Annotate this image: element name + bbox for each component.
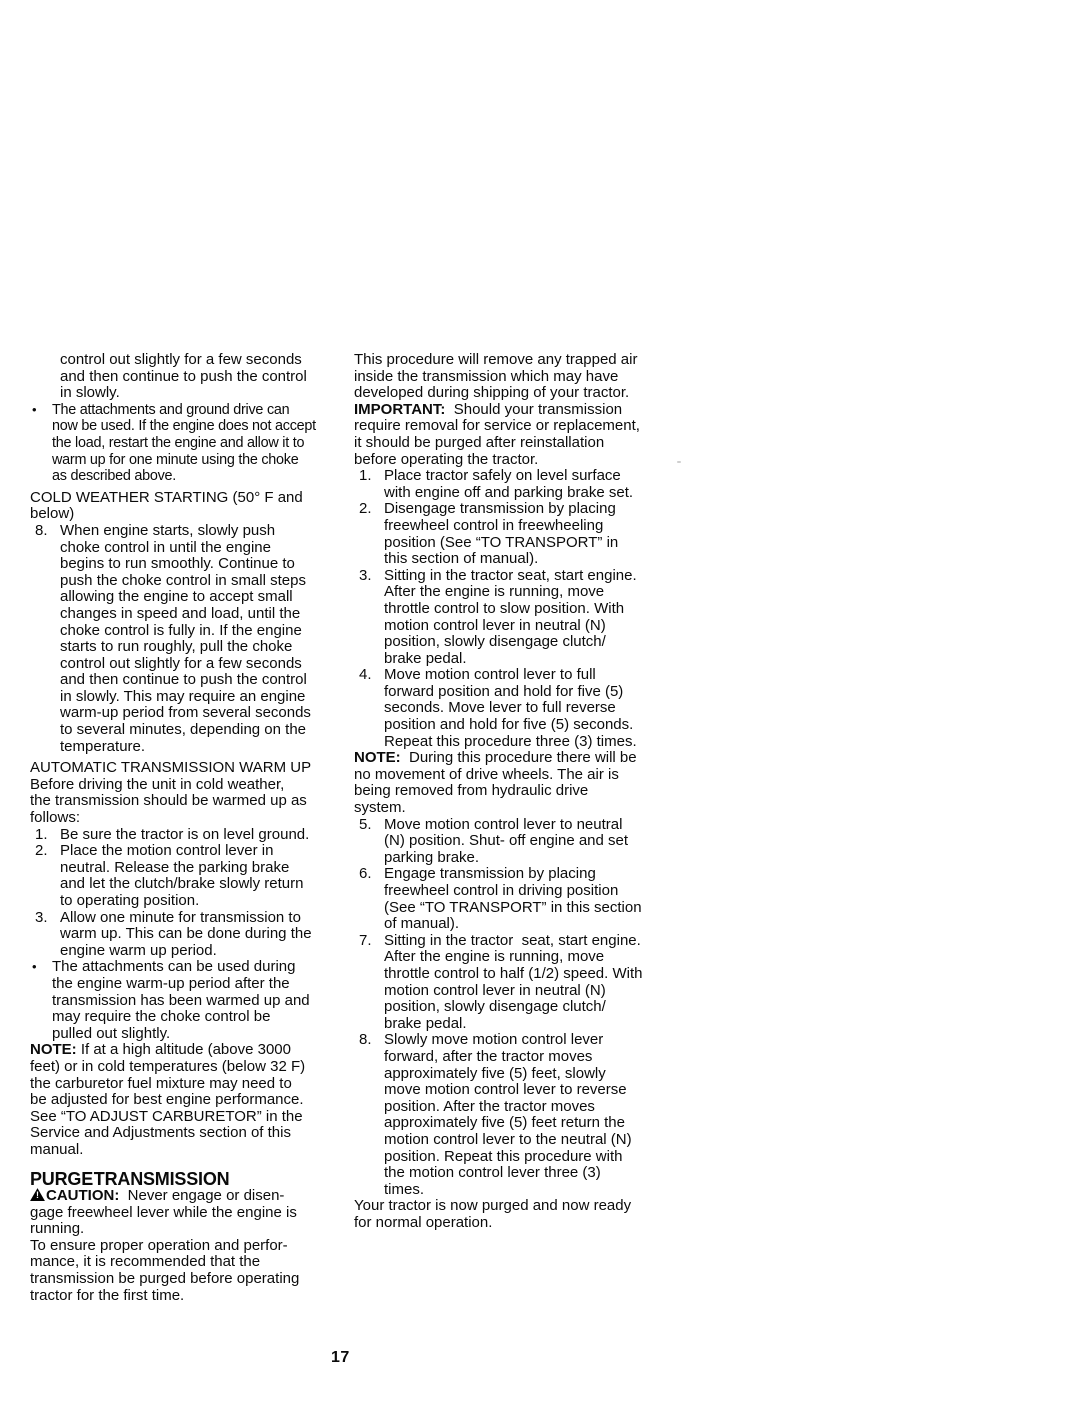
bullet-marker: •	[32, 402, 36, 419]
item-number: 1.	[359, 468, 372, 485]
text-line: motion control lever to the neutral (N)	[384, 1132, 676, 1149]
text-line-rest: During this procedure there will be	[401, 749, 637, 766]
numbered-block: 2.Place the motion control lever inneutr…	[30, 843, 346, 909]
text-line: Place tractor safely on level surface	[384, 468, 676, 485]
text-line: manual.	[30, 1142, 346, 1159]
text-line: begins to run smoothly. Continue to	[60, 556, 346, 573]
text-line: The attachments and ground drive can	[52, 402, 346, 419]
text-line: !CAUTION: Never engage or disen-	[30, 1188, 346, 1205]
text-line: tractor for the first time.	[30, 1288, 346, 1305]
text-line: running.	[30, 1221, 346, 1238]
text-line: starts to run roughly, pull the choke	[60, 639, 346, 656]
bold-lead: IMPORTANT:	[354, 401, 445, 418]
text-line: engine warm up period.	[60, 943, 346, 960]
item-number: 3.	[35, 910, 48, 927]
text-line: and then continue to push the control	[60, 672, 346, 689]
item-number: 4.	[359, 667, 372, 684]
text-line: When engine starts, slowly push	[60, 523, 346, 540]
text-line: choke control is fully in. If the engine	[60, 623, 346, 640]
text-line: Allow one minute for transmission to	[60, 910, 346, 927]
manual-page: control out slightly for a few secondsan…	[0, 0, 1080, 1402]
text-line: be adjusted for best engine performance.	[30, 1092, 346, 1109]
text-line-rest: Never engage or disen-	[119, 1187, 284, 1204]
text-line-rest: Should your transmission	[445, 401, 622, 418]
text-line: position and hold for five (5) seconds.	[384, 717, 676, 734]
item-number: 5.	[359, 817, 372, 834]
text-line: position (See “TO TRANSPORT” in	[384, 535, 676, 552]
text-line: motion control lever in neutral (N)	[384, 618, 676, 635]
text-line: warm up. This can be done during the	[60, 926, 346, 943]
item-number: 2.	[359, 501, 372, 518]
numbered-block: 1.Place tractor safely on level surfacew…	[354, 468, 676, 501]
text-line: Disengage transmission by placing	[384, 501, 676, 518]
text-line: brake pedal.	[384, 651, 676, 668]
text-line: Repeat this procedure three (3) times.	[384, 734, 676, 751]
bullet-marker: •	[32, 959, 37, 976]
para-block: This procedure will remove any trapped a…	[354, 352, 676, 402]
para-block: To ensure proper operation and perfor-ma…	[30, 1238, 346, 1304]
numbered-block: 3.Sitting in the tractor seat, start eng…	[354, 568, 676, 668]
text-line: in slowly.	[60, 385, 346, 402]
text-line: position, slowly disengage clutch/	[384, 634, 676, 651]
text-line: NOTE: If at a high altitude (above 3000	[30, 1042, 346, 1059]
text-line: seconds. Move lever to full reverse	[384, 700, 676, 717]
text-line: and then continue to push the control	[60, 369, 346, 386]
text-line: position, slowly disengage clutch/	[384, 999, 676, 1016]
text-line: the motion control lever three (3)	[384, 1165, 676, 1182]
text-line: To ensure proper operation and perfor-	[30, 1238, 346, 1255]
text-line: before operating the tractor.	[354, 452, 676, 469]
text-line: Move motion control lever to full	[384, 667, 676, 684]
numbered-block: 8.Slowly move motion control leverforwar…	[354, 1032, 676, 1198]
heading-bold-block: PURGE TRANSMISSION	[30, 1171, 346, 1188]
bold-lead: NOTE:	[354, 749, 401, 766]
text-line: brake pedal.	[384, 1016, 676, 1033]
item-number: 3.	[359, 568, 372, 585]
numbered-block: 8.When engine starts, slowly pushchoke c…	[30, 523, 346, 755]
text-line-rest: If at a high altitude (above 3000	[77, 1041, 291, 1058]
bold-lead: CAUTION:	[46, 1187, 119, 1204]
text-line: forward, after the tractor moves	[384, 1049, 676, 1066]
text-line: control out slightly for a few seconds	[60, 352, 346, 369]
text-line: transmission be purged before operating	[30, 1271, 346, 1288]
text-line: Be sure the tractor is on level ground.	[60, 827, 346, 844]
text-line: COLD WEATHER STARTING (50° F and	[30, 490, 346, 507]
text-line: of manual).	[384, 916, 676, 933]
text-line: no movement of drive wheels. The air is	[354, 767, 676, 784]
text-line: Service and Adjustments section of this	[30, 1125, 346, 1142]
warning-triangle-icon: !	[30, 1188, 45, 1201]
item-number: 6.	[359, 866, 372, 883]
text-line: AUTOMATIC TRANSMISSION WARM UP	[30, 760, 346, 777]
text-line: Engage transmission by placing	[384, 866, 676, 883]
text-line: warm-up period from several seconds	[60, 705, 346, 722]
page-number: 17	[331, 1349, 350, 1367]
text-line: system.	[354, 800, 676, 817]
heading-block: COLD WEATHER STARTING (50° F andbelow)	[30, 490, 346, 523]
text-line: warm up for one minute using the choke	[52, 452, 346, 469]
numbered-block: 3.Allow one minute for transmission towa…	[30, 910, 346, 960]
text-line: for normal operation.	[354, 1215, 676, 1232]
text-line: This procedure will remove any trapped a…	[354, 352, 676, 369]
scan-artifact	[677, 461, 681, 463]
text-line: developed during shipping of your tracto…	[354, 385, 676, 402]
text-line: mance, it is recommended that the	[30, 1254, 346, 1271]
text-line: position. After the tractor moves	[384, 1099, 676, 1116]
continuation-block: control out slightly for a few secondsan…	[30, 352, 346, 402]
text-line: inside the transmission which may have	[354, 369, 676, 386]
text-line: throttle control to half (1/2) speed. Wi…	[384, 966, 676, 983]
text-line: Move motion control lever to neutral	[384, 817, 676, 834]
para-block: NOTE: If at a high altitude (above 3000f…	[30, 1042, 346, 1158]
text-line: gage freewheel lever while the engine is	[30, 1205, 346, 1222]
text-line: transmission has been warmed up and	[52, 993, 346, 1010]
item-number: 1.	[35, 827, 48, 844]
text-line: NOTE: During this procedure there will b…	[354, 750, 676, 767]
item-number: 2.	[35, 843, 48, 860]
text-line: Sitting in the tractor seat, start engin…	[384, 568, 676, 585]
bold-lead: NOTE:	[30, 1041, 77, 1058]
text-line: with engine off and parking brake set.	[384, 485, 676, 502]
text-line: being removed from hydraulic drive	[354, 783, 676, 800]
text-line: it should be purged after reinstallation	[354, 435, 676, 452]
text-line: to operating position.	[60, 893, 346, 910]
text-line: follows:	[30, 810, 346, 827]
text-line: approximately five (5) feet return the	[384, 1115, 676, 1132]
text-line: to several minutes, depending on the	[60, 722, 346, 739]
item-number: 8.	[359, 1032, 372, 1049]
para-block: Your tractor is now purged and now ready…	[354, 1198, 676, 1231]
item-number: 8.	[35, 523, 48, 540]
para-block: Before driving the unit in cold weather,…	[30, 777, 346, 827]
text-line: the carburetor fuel mixture may need to	[30, 1076, 346, 1093]
text-line: Place the motion control lever in	[60, 843, 346, 860]
text-line: move motion control lever to reverse	[384, 1082, 676, 1099]
text-line: times.	[384, 1182, 676, 1199]
text-line: push the choke control in small steps	[60, 573, 346, 590]
text-line: (See “TO TRANSPORT” in this section	[384, 900, 676, 917]
heading-block: AUTOMATIC TRANSMISSION WARM UP	[30, 760, 346, 777]
text-line: After the engine is running, move	[384, 584, 676, 601]
numbered-block: 4.Move motion control lever to fullforwa…	[354, 667, 676, 750]
text-line: pulled out slightly.	[52, 1026, 346, 1043]
text-line: the load, restart the engine and allow i…	[52, 435, 346, 452]
para-block: !CAUTION: Never engage or disen-gage fre…	[30, 1188, 346, 1238]
text-line: freewheel control in freewheeling	[384, 518, 676, 535]
text-line: position. Repeat this procedure with	[384, 1149, 676, 1166]
text-line: in slowly. This may require an engine	[60, 689, 346, 706]
text-line: neutral. Release the parking brake	[60, 860, 346, 877]
right-column: This procedure will remove any trapped a…	[354, 352, 676, 1231]
text-line: parking brake.	[384, 850, 676, 867]
bullet-block: •The attachments and ground drive cannow…	[30, 402, 346, 485]
text-line: Before driving the unit in cold weather,	[30, 777, 346, 794]
para-block: NOTE: During this procedure there will b…	[354, 750, 676, 816]
numbered-block: 5.Move motion control lever to neutral(N…	[354, 817, 676, 867]
text-line: The attachments can be used during	[52, 959, 346, 976]
text-line: freewheel control in driving position	[384, 883, 676, 900]
numbered-block: 1.Be sure the tractor is on level ground…	[30, 827, 346, 844]
text-line: feet) or in cold temperatures (below 32 …	[30, 1059, 346, 1076]
text-line: See “TO ADJUST CARBURETOR” in the	[30, 1109, 346, 1126]
text-line: choke control in until the engine	[60, 540, 346, 557]
text-line: the engine warm-up period after the	[52, 976, 346, 993]
text-line: changes in speed and load, until the	[60, 606, 346, 623]
para-block: IMPORTANT: Should your transmissionrequi…	[354, 402, 676, 468]
text-line: approximately five (5) feet, slowly	[384, 1066, 676, 1083]
text-line: Slowly move motion control lever	[384, 1032, 676, 1049]
text-line: as described above.	[52, 468, 346, 485]
text-line: throttle control to slow position. With	[384, 601, 676, 618]
text-line: this section of manual).	[384, 551, 676, 568]
text-line: After the engine is running, move	[384, 949, 676, 966]
item-number: 7.	[359, 933, 372, 950]
left-column: control out slightly for a few secondsan…	[30, 352, 346, 1304]
bullet-block: •The attachments can be used duringthe e…	[30, 959, 346, 1042]
text-line: (N) position. Shut- off engine and set	[384, 833, 676, 850]
text-line: temperature.	[60, 739, 346, 756]
numbered-block: 2.Disengage transmission by placingfreew…	[354, 501, 676, 567]
text-line: PURGE TRANSMISSION	[30, 1171, 346, 1188]
text-line: now be used. If the engine does not acce…	[52, 418, 346, 435]
text-line: and let the clutch/brake slowly return	[60, 876, 346, 893]
text-line: Your tractor is now purged and now ready	[354, 1198, 676, 1215]
text-line: IMPORTANT: Should your transmission	[354, 402, 676, 419]
text-line: may require the choke control be	[52, 1009, 346, 1026]
text-line: forward position and hold for five (5)	[384, 684, 676, 701]
text-line: below)	[30, 506, 346, 523]
numbered-block: 7.Sitting in the tractor seat, start eng…	[354, 933, 676, 1033]
text-line: the transmission should be warmed up as	[30, 793, 346, 810]
numbered-block: 6.Engage transmission by placingfreewhee…	[354, 866, 676, 932]
text-line: control out slightly for a few seconds	[60, 656, 346, 673]
text-line: require removal for service or replaceme…	[354, 418, 676, 435]
text-line: motion control lever in neutral (N)	[384, 983, 676, 1000]
text-line: Sitting in the tractor seat, start engin…	[384, 933, 676, 950]
text-line: allowing the engine to accept small	[60, 589, 346, 606]
